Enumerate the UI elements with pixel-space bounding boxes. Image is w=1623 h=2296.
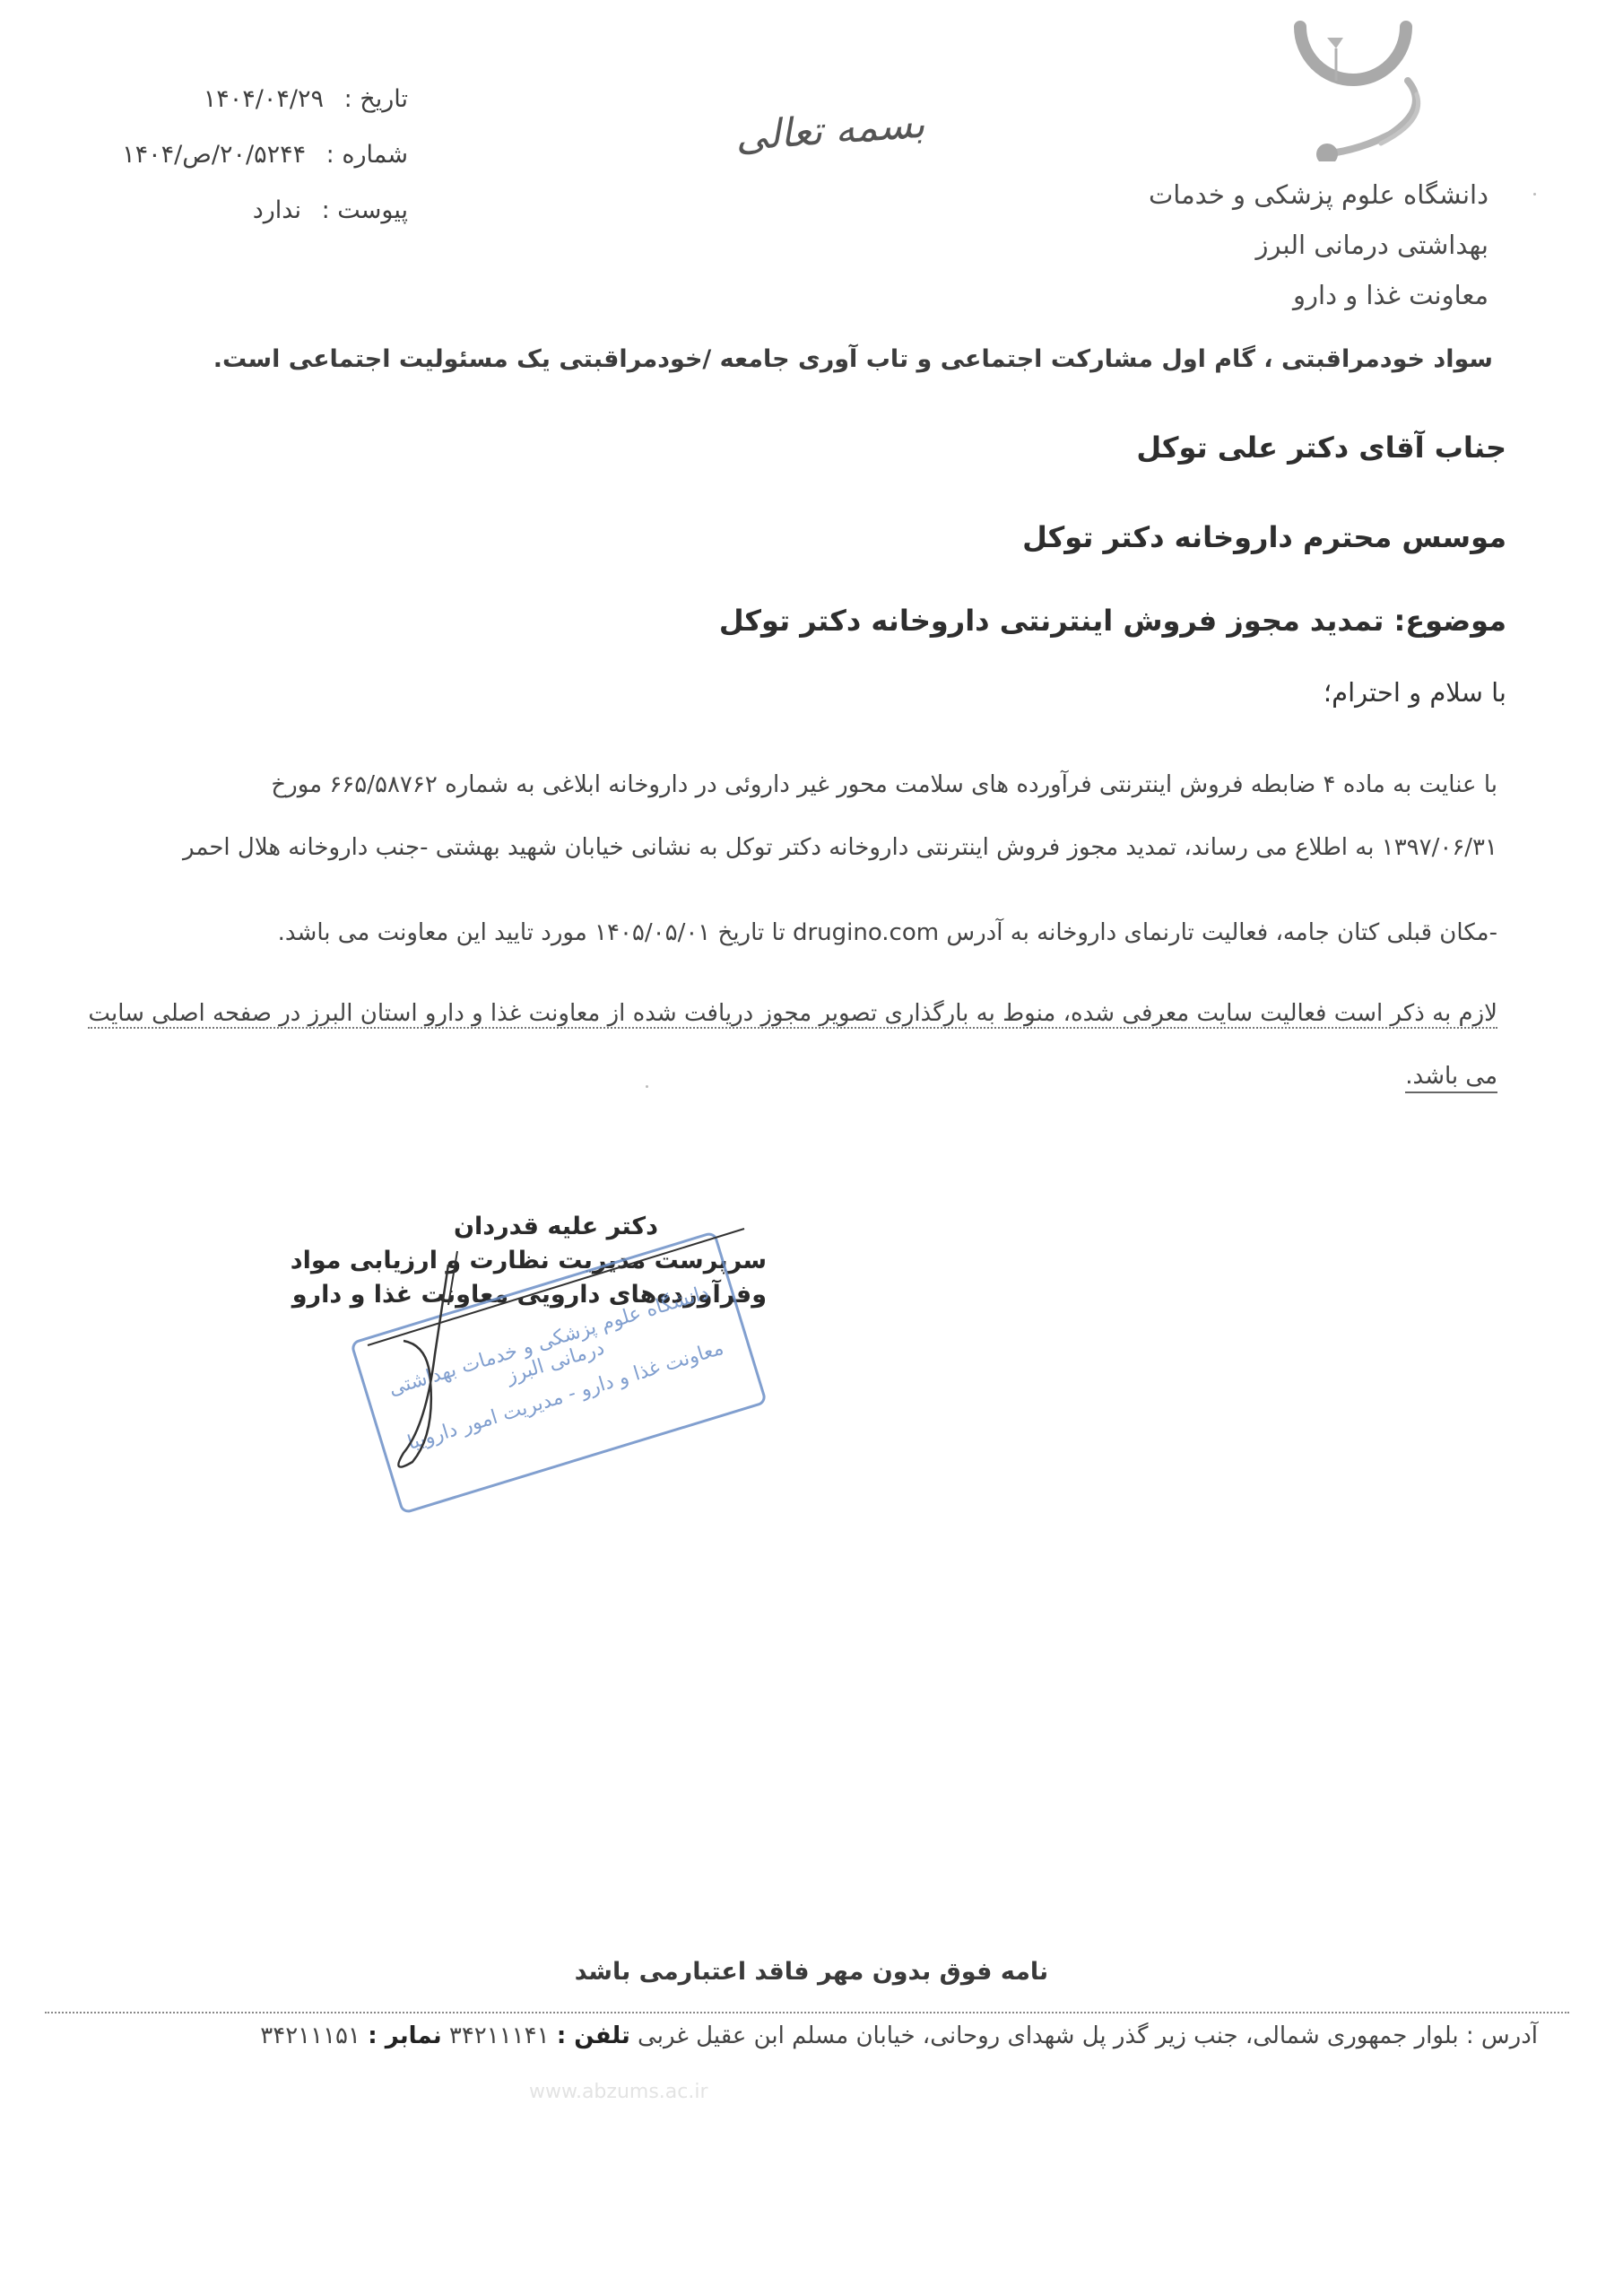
university-name-line-2: بهداشتی درمانی البرز — [1255, 230, 1488, 260]
body-paragraph-2-line-2: می باشد. — [1405, 1063, 1497, 1090]
body-paragraph-1-line-2: ۱۳۹۷/۰۶/۳۱ به اطلاع می رساند، تمدید مجوز… — [183, 834, 1497, 861]
body-paragraph-1-line-3: -مکان قبلی کتان جامه، فعالیت تارنمای دار… — [278, 919, 1497, 946]
date-label: تاریخ : — [344, 85, 408, 113]
footer-divider — [45, 2012, 1569, 2013]
body-paragraph-2-line-1: لازم به ذکر است فعالیت سایت معرفی شده، م… — [88, 1000, 1497, 1029]
attachment-value: ندارد — [253, 196, 301, 224]
date-value: ۱۴۰۴/۰۴/۲۹ — [204, 85, 324, 113]
phone-label: تلفن : — [557, 2022, 630, 2049]
number-value: ۲۰/۵۲۴۴/ص/۱۴۰۴ — [122, 141, 306, 169]
recipient-name: جناب آقای دکتر علی توکل — [1136, 430, 1506, 465]
scan-speck — [646, 1085, 648, 1088]
date-field: تاریخ : ۱۴۰۴/۰۴/۲۹ — [204, 85, 408, 113]
greeting: با سلام و احترام؛ — [1324, 677, 1506, 708]
university-name-line-1: دانشگاه علوم پزشکی و خدمات — [1149, 179, 1488, 210]
footer-faint-website: www.abzums.ac.ir — [529, 2081, 708, 2103]
body-paragraph-1-line-1: با عنایت به ماده ۴ ضابطه فروش اینترنتی ف… — [271, 771, 1497, 798]
number-field: شماره : ۲۰/۵۲۴۴/ص/۱۴۰۴ — [122, 141, 408, 169]
fax-label: نمابر : — [368, 2022, 441, 2049]
university-logo-icon — [1273, 18, 1444, 161]
attachment-label: پیوست : — [322, 196, 408, 224]
address-text: بلوار جمهوری شمالی، جنب زیر گذر پل شهدای… — [638, 2022, 1459, 2049]
invocation-heading: بسمه تعالی — [733, 101, 926, 161]
scan-speck — [1533, 193, 1536, 196]
body-paragraph-2-tail: می باشد. — [1405, 1063, 1497, 1093]
attachment-field: پیوست : ندارد — [253, 196, 408, 224]
letter-subject: موضوع: تمدید مجوز فروش اینترنتی داروخانه… — [719, 604, 1506, 638]
recipient-title: موسس محترم داروخانه دکتر توکل — [1022, 520, 1506, 554]
fax-value: ۳۴۲۱۱۱۵۱ — [260, 2022, 360, 2049]
footer-address: آدرس : بلوار جمهوری شمالی، جنب زیر گذر پ… — [260, 2022, 1538, 2049]
handwritten-signature-icon — [350, 1220, 762, 1516]
number-label: شماره : — [326, 141, 408, 169]
department-name: معاونت غذا و دارو — [1293, 280, 1488, 310]
slogan: سواد خودمراقبتی ، گام اول مشارکت اجتماعی… — [213, 345, 1493, 373]
address-label: آدرس : — [1466, 2022, 1538, 2049]
phone-value: ۳۴۲۱۱۱۴۱ — [449, 2022, 550, 2049]
validity-note: نامه فوق بدون مهر فاقد اعتبارمی باشد — [0, 1958, 1623, 1986]
